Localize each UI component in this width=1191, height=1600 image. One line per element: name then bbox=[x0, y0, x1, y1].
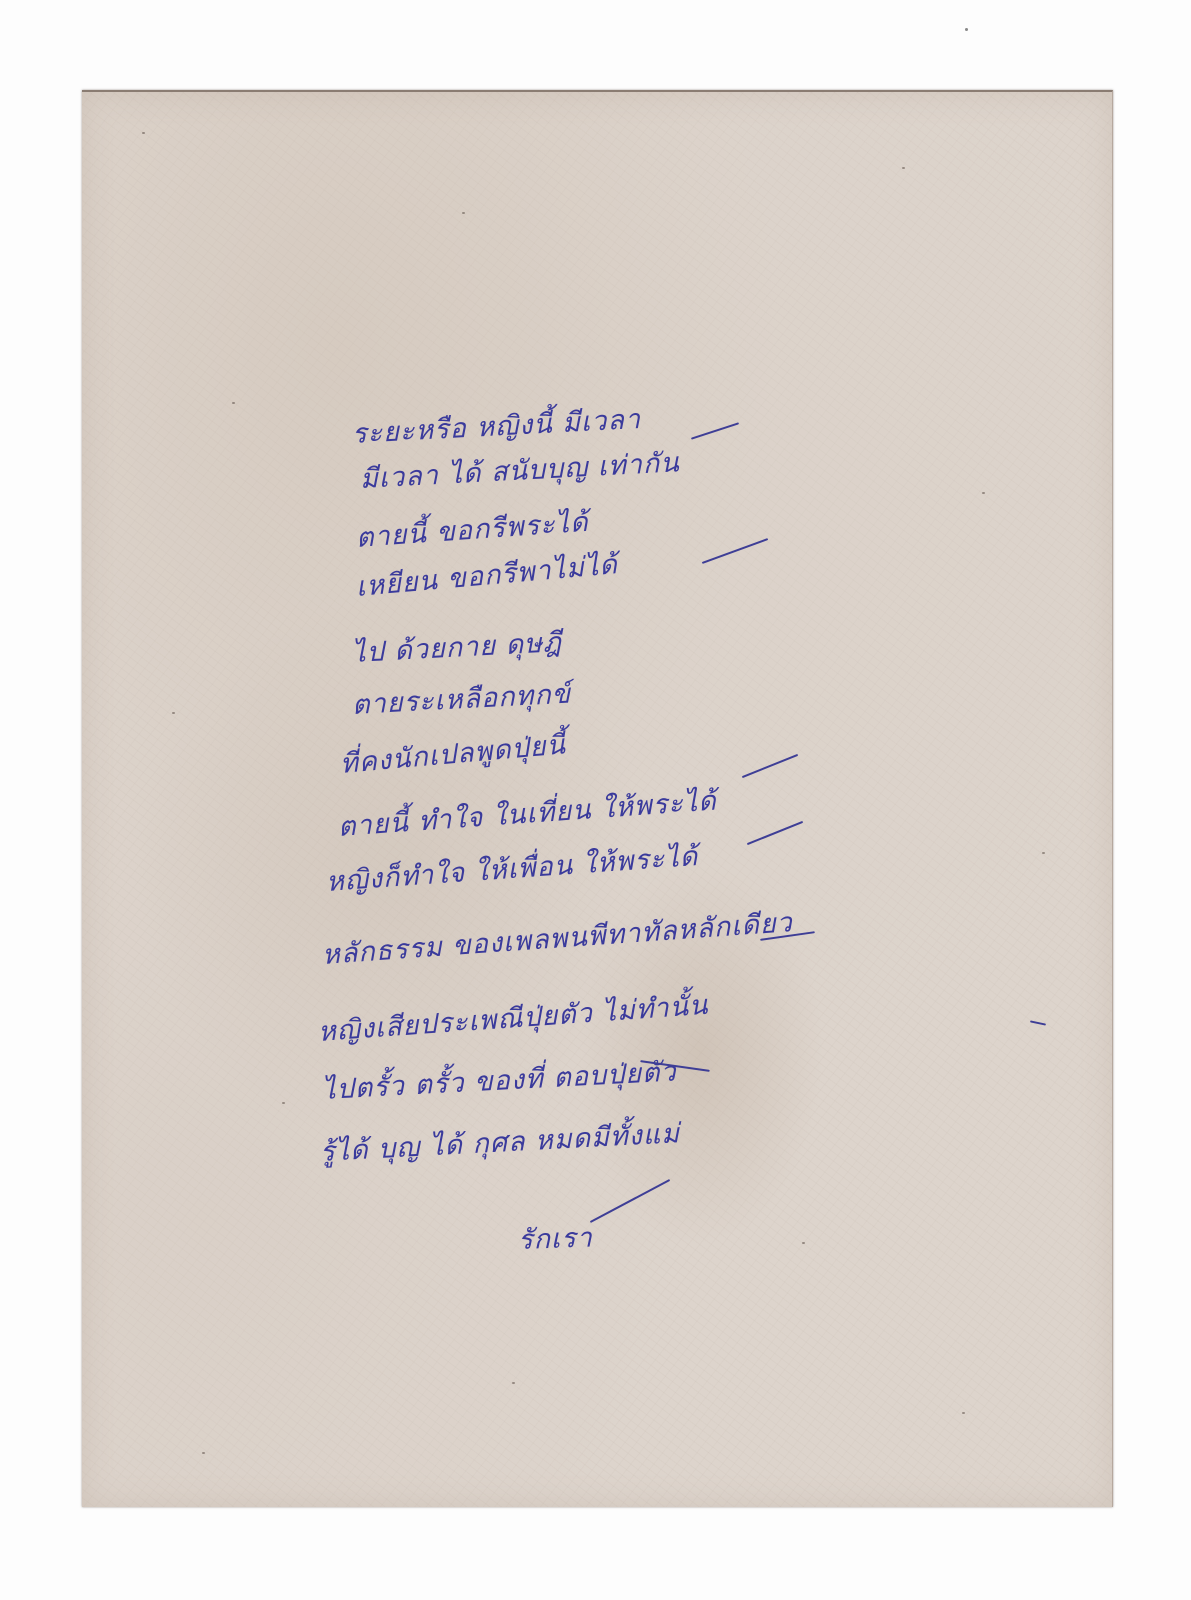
paper-fiber bbox=[172, 712, 175, 714]
paper-fiber bbox=[982, 492, 985, 494]
paper-fiber bbox=[282, 1102, 285, 1104]
paper-fiber bbox=[142, 132, 145, 134]
paper-fiber bbox=[202, 1452, 205, 1454]
margin-pen-mark bbox=[1030, 1020, 1046, 1025]
paper-fiber bbox=[232, 402, 235, 404]
paper-fiber bbox=[902, 167, 905, 169]
paper-fiber bbox=[462, 212, 465, 214]
paper-fiber bbox=[1042, 852, 1045, 854]
signature: รักเรา bbox=[517, 1215, 593, 1261]
scan-dust-dot bbox=[965, 28, 968, 31]
paper-fiber bbox=[962, 1412, 965, 1414]
paper-fiber bbox=[802, 1242, 805, 1244]
paper-fiber bbox=[512, 1382, 515, 1384]
